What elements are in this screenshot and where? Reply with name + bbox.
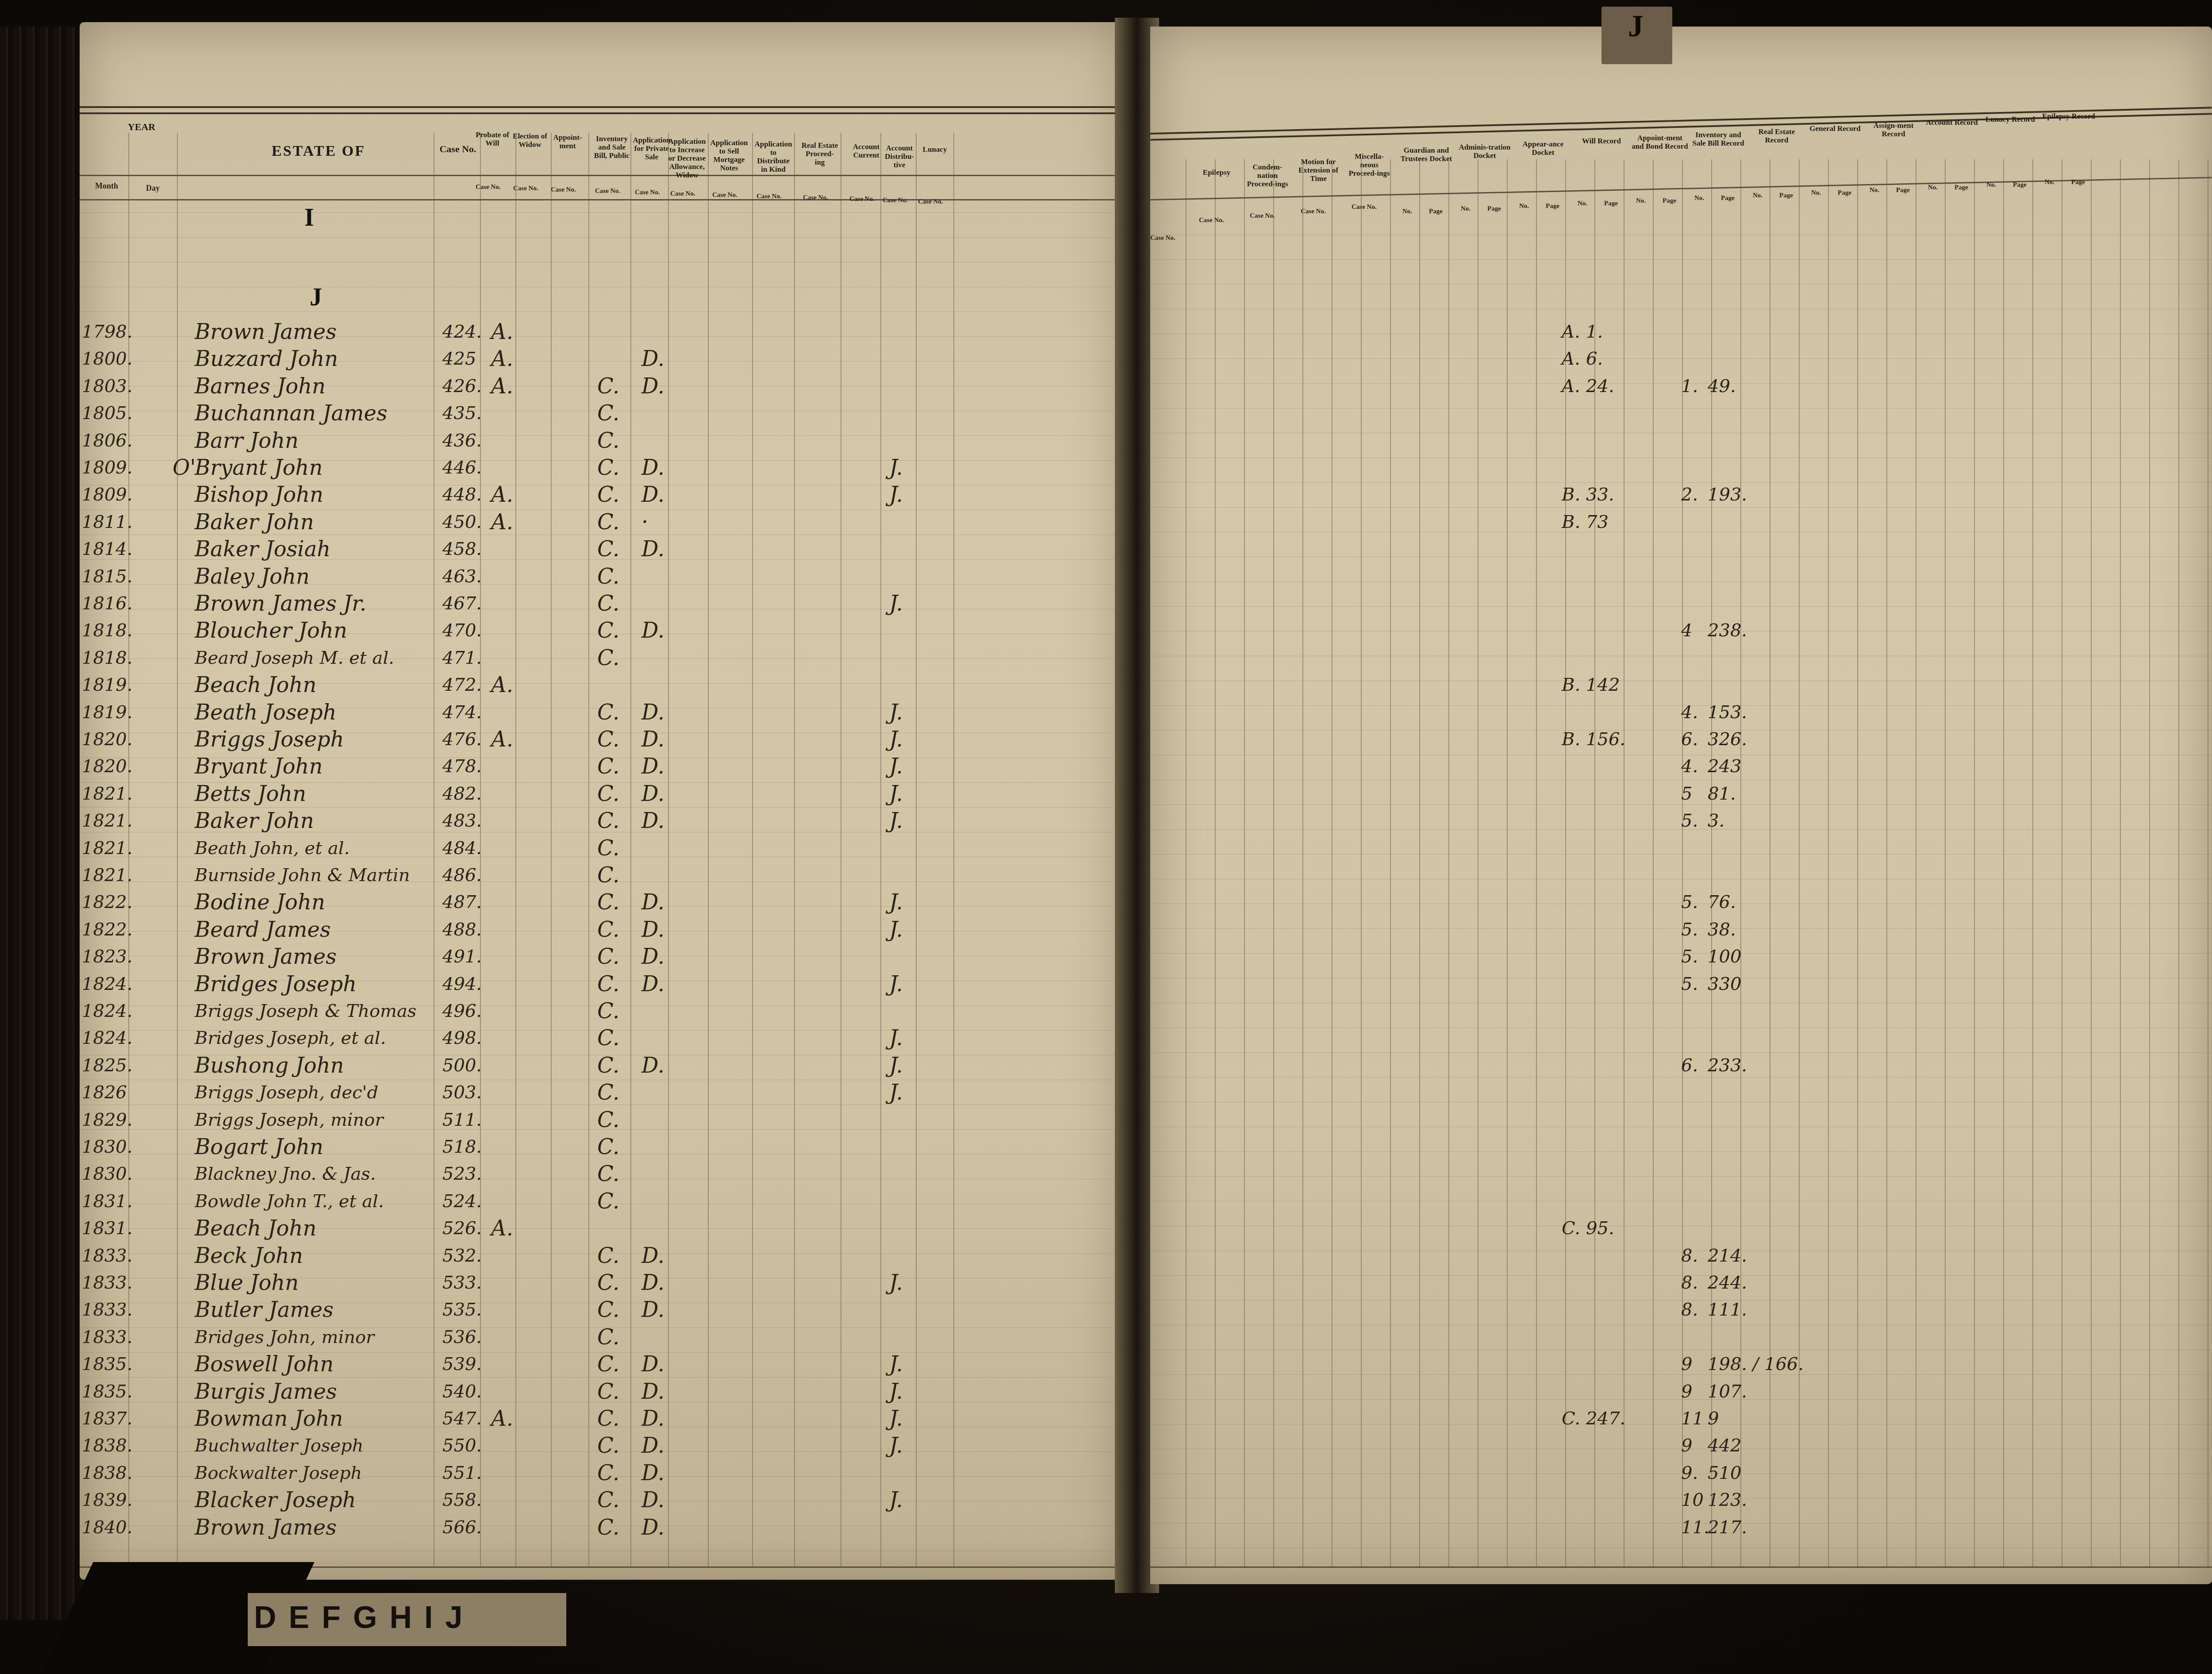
case-no-cell: 470. [442,617,482,644]
inventory-record-no: 9 [1681,1432,1692,1459]
inventory-record-page: 38. [1708,916,1736,943]
row-rule [1150,1350,2212,1350]
ledger-row[interactable]: 1814.Baker Josiah458.C.D. [80,536,1124,563]
year-cell: 1833. [82,1270,133,1296]
row-rule [1150,606,2212,607]
inventory-record-no: 4. [1681,699,1698,726]
index-tab-h[interactable]: H [389,1600,412,1635]
ledger-row[interactable]: 1821.Burnside John & Martin486.C. [80,862,1124,889]
year-cell: 1815. [82,563,133,590]
ledger-row[interactable]: 1835.Boswell John539.C.D.J. [80,1351,1124,1378]
estate-name-cell: Bridges Joseph [195,971,357,997]
case-no-cell: 476. [442,726,482,753]
case-no-cell: 436. [442,427,482,454]
case-no-cell: 458. [442,536,482,562]
appointment-cell: C. [597,835,619,862]
estate-of-header: ESTATE OF [212,146,425,157]
year-cell: 1824. [82,998,133,1024]
year-cell: 1814. [82,536,133,562]
inventory-cell: D. [641,1487,664,1513]
ledger-row[interactable]: 1833.Bridges John, minor536.C. [80,1324,1124,1351]
appointment-cell: C. [597,1270,619,1296]
column-divider [1186,159,1187,1566]
appointment-cell: C. [597,1297,619,1323]
ledger-row[interactable]: 1824.Bridges Joseph, et al.498.C.J. [80,1025,1124,1052]
no-sublabel: No. [2045,179,2055,186]
year-cell: 1820. [82,753,133,780]
appointment-cell: C. [597,971,619,997]
estate-name-cell: Bockwalter Joseph [195,1460,362,1486]
column-divider [1945,159,1946,1566]
row-rule [80,287,1124,287]
ledger-book: YEAR Month Day ESTATE OF Case No. Probat… [0,0,2212,1674]
column-header: Will Record [1573,137,1630,145]
case-no-cell: 550. [442,1432,482,1459]
column-header: Real Estate Record [1748,127,1805,144]
ledger-row[interactable]: 1821.Baker John483.C.D.J. [80,808,1124,835]
ledger-row[interactable]: 1823.Brown James491.C.D. [80,943,1124,971]
ledger-row[interactable]: 1835.Burgis James540.C.D.J. [80,1378,1124,1406]
header-bottom-rule [80,199,1124,200]
header-mid-rule [80,175,1124,176]
account-current-cell: J. [889,1405,903,1432]
year-cell: 1800. [82,346,133,372]
estate-name-cell: Bowman John [195,1405,343,1432]
ledger-row[interactable]: 1822.Bodine John487.C.D.J. [80,889,1124,916]
inventory-record-no: 6. [1681,1052,1698,1079]
case-no-cell: 540. [442,1378,482,1405]
estate-name-cell: Baker John [195,509,314,535]
appointment-cell: C. [597,1460,619,1486]
column-header: Application to Sell Mortgage Notes [710,139,748,172]
year-cell: 1826 [82,1079,127,1106]
year-cell: 1820. [82,726,133,753]
account-current-cell: J. [889,889,903,916]
inventory-cell: D. [641,971,664,997]
inventory-record-no: 4 [1681,617,1692,644]
account-current-cell: J. [889,1052,903,1079]
probate-of-will-cell: A. [491,1405,513,1432]
no-sublabel: No. [1928,184,1938,192]
appointment-cell: C. [597,590,619,617]
row-rule [80,312,1124,312]
ledger-row[interactable]: 1821.Beath John, et al.484.C. [80,835,1124,862]
estate-name-cell: Buchannan James [195,400,388,427]
inventory-record-no: 11 [1681,1405,1704,1432]
estate-name-cell: Burnside John & Martin [195,862,410,889]
year-cell: 1806. [82,427,133,454]
appointment-cell: C. [597,1025,619,1051]
column-divider [1448,159,1449,1566]
no-sublabel: No. [1578,200,1587,208]
case-no-cell: 474. [442,699,482,726]
inventory-record-page: 100 [1708,943,1741,970]
year-cell: 1819. [82,672,133,698]
row-rule [1150,358,2212,359]
ledger-row[interactable]: 1839.Blacker Joseph558.C.D.J. [80,1487,1124,1514]
year-cell: 1821. [82,862,133,889]
case-no-cell: 450. [442,509,482,535]
row-rule [1150,1176,2212,1177]
inventory-cell: D. [641,1351,664,1378]
ledger-row[interactable]: 1811.Baker John450.A.C.· [80,509,1124,536]
year-cell: 1818. [82,645,133,671]
account-current-cell: J. [889,1270,903,1296]
case-no-cell: 484. [442,835,482,862]
column-header: Real Estate Proceed-ing [801,141,839,166]
row-rule [1150,532,2212,532]
ledger-row[interactable]: 1809.O'Bryant John446.C.D.J. [80,454,1124,482]
ledger-row[interactable]: 1822.Beard James488.C.D.J. [80,916,1124,944]
inventory-record-no: 5 [1681,781,1692,807]
appointment-cell: C. [597,1188,619,1215]
column-divider [1419,159,1420,1566]
appointment-cell: C. [597,1134,619,1160]
inventory-record-page: 330 [1708,971,1741,997]
inventory-record-no: 9 [1681,1378,1692,1405]
appointment-cell: C. [597,1324,619,1351]
appointment-cell: C. [597,916,619,943]
case-no-cell: 463. [442,563,482,590]
inventory-record-page: 153. [1708,699,1747,726]
inventory-cell: D. [641,617,664,644]
ledger-row[interactable]: 1815.Baley John463.C. [80,563,1124,591]
appointment-cell: C. [597,781,619,807]
inventory-record-no: 9 [1681,1351,1692,1378]
index-tab-e[interactable]: E [289,1600,310,1635]
inventory-record-page: 3. [1708,808,1724,834]
ledger-row[interactable]: 1818.Beard Joseph M. et al.471.C. [80,645,1124,672]
estate-name-cell: Beard James [195,916,331,943]
estate-name-cell: Baker John [195,808,314,834]
estate-name-cell: Bowdle John T., et al. [195,1188,384,1215]
inventory-record-no: 5. [1681,916,1698,943]
ledger-row[interactable]: 1819.Beach John472.A. [80,672,1124,699]
column-divider [2120,159,2121,1566]
column-divider [1653,159,1654,1566]
case-no-sublabel: Case No. [635,189,660,196]
page-sublabel: Page [1955,184,1968,192]
account-current-cell: J. [889,753,903,780]
estate-name-cell: Bushong John [195,1052,344,1079]
row-rule [1150,458,2212,458]
estate-name-cell: Baley John [195,563,310,590]
ledger-row[interactable]: 1820.Bryant John478.C.D.J. [80,753,1124,781]
index-tab-j[interactable]: J [1601,7,1672,64]
inventory-record-page: 193. [1708,481,1747,508]
estate-name-cell: Boswell John [195,1351,334,1378]
no-sublabel: No. [1870,187,1879,194]
column-header: Account Distribu-tive [880,144,918,169]
estate-name-cell: Briggs Joseph, minor [195,1107,384,1133]
estate-name-cell: Brown James [195,943,337,970]
year-cell: 1809. [82,454,133,481]
column-divider [1916,159,1916,1566]
ledger-row[interactable]: 1838.Buchwalter Joseph550.C.D.J. [80,1432,1124,1460]
case-no-sublabel: Case No. [1250,212,1275,220]
account-current-cell: J. [889,454,903,481]
year-header: YEAR [119,122,164,132]
case-no-sublabel: Case No. [513,185,538,192]
ledger-row[interactable]: 1825.Bushong John500.C.D.J. [80,1052,1124,1080]
inventory-record-no: 5. [1681,943,1698,970]
will-record-page: 73 [1586,509,1609,535]
inventory-record-page: 233. [1708,1052,1747,1079]
ledger-row[interactable]: 1833.Beck John532.C.D. [80,1243,1124,1270]
no-sublabel: No. [1694,195,1704,202]
will-record-no: C. [1562,1405,1580,1432]
row-rule [1150,1127,2212,1127]
ledger-row[interactable]: 1831.Beach John526.A. [80,1215,1124,1243]
appointment-cell: C. [597,1514,619,1541]
inventory-cell: D. [641,781,664,807]
estate-name-cell: Beard Joseph M. et al. [195,645,394,671]
row-rule [1150,656,2212,656]
ledger-row[interactable]: 1798.Brown James424.A. [80,319,1124,346]
ledger-row[interactable]: 1806.Barr John436.C. [80,427,1124,455]
case-no-cell: 426. [442,373,482,400]
will-record-page: 24. [1586,373,1614,400]
inventory-cell: D. [641,699,664,726]
page-sublabel: Page [2071,179,2085,186]
year-cell: 1798. [82,319,133,345]
estate-name-cell: Briggs Joseph & Thomas [195,998,416,1024]
ledger-row[interactable]: 1833.Butler James535.C.D. [80,1297,1124,1324]
estate-name-cell: Brown James Jr. [195,590,366,617]
ledger-row[interactable]: 1816.Brown James Jr.467.C.J. [80,590,1124,618]
case-no-cell: 424. [442,319,482,345]
year-cell: 1811. [82,509,133,535]
year-cell: 1825. [82,1052,133,1079]
column-header: General Record [1807,124,1863,133]
appointment-cell: C. [597,563,619,590]
no-sublabel: No. [1753,192,1763,200]
probate-of-will-cell: A. [491,373,513,400]
inventory-cell: D. [641,373,664,400]
estate-name-cell: Burgis James [195,1378,337,1405]
ledger-row[interactable]: 1826Briggs Joseph, dec'd503.C.J. [80,1079,1124,1107]
row-rule [1150,879,2212,879]
column-header: Application for Private Sale [633,136,671,161]
page-sublabel: Page [1604,200,1618,208]
ledger-row[interactable]: 1824.Bridges Joseph494.C.D.J. [80,971,1124,998]
row-rule [1150,557,2212,557]
year-cell: 1831. [82,1188,133,1215]
case-no-sublabel: Case No. [1199,217,1224,224]
column-divider [2091,159,2092,1566]
no-sublabel: No. [1402,208,1412,216]
column-header: Appoint-ment and Bond Record [1632,134,1688,150]
case-no-cell: 566. [442,1514,482,1541]
inventory-cell: D. [641,1270,664,1296]
appointment-cell: C. [597,536,619,562]
case-no-cell: 478. [442,753,482,780]
appointment-cell: C. [597,509,619,535]
will-record-page: 247. [1586,1405,1625,1432]
left-page: YEAR Month Day ESTATE OF Case No. Probat… [80,22,1124,1580]
no-sublabel: No. [1461,205,1471,213]
column-header: Appear-ance Docket [1515,140,1571,157]
case-no-sublabel: Case No. [1301,208,1326,216]
case-no-cell: 518. [442,1134,482,1160]
appointment-cell: C. [597,481,619,508]
account-current-cell: J. [889,1378,903,1405]
ledger-row[interactable]: 1838.Bockwalter Joseph551.C.D. [80,1460,1124,1487]
estate-name-cell: Bogart John [195,1134,323,1160]
index-tab-f[interactable]: F [322,1600,341,1635]
inventory-record-page: 9 [1708,1405,1719,1432]
ledger-row[interactable]: 1830.Blackney Jno. & Jas.523.C. [80,1161,1124,1188]
ledger-row[interactable]: 1829.Briggs Joseph, minor511.C. [80,1107,1124,1134]
estate-name-cell: Blue John [195,1270,299,1296]
index-tab-g[interactable]: G [353,1600,377,1635]
case-no-cell: 488. [442,916,482,943]
row-rule [1150,1102,2212,1102]
estate-name-cell: Buchwalter Joseph [195,1432,363,1459]
case-no-sublabel: Case No. [803,194,828,202]
section-letter-i: I [304,204,314,232]
case-no-sublabel: Case No. [757,193,782,200]
inventory-record-page: 243 [1708,753,1741,780]
page-sublabel: Page [1779,192,1793,200]
index-tab-d[interactable]: D [254,1600,276,1635]
case-no-cell: 425 [442,346,476,372]
ledger-row[interactable]: 1821.Betts John482.C.D.J. [80,781,1124,808]
estate-name-cell: Beck John [195,1243,303,1269]
page-sublabel: Page [1721,195,1735,202]
inventory-cell: D. [641,753,664,780]
account-current-cell: J. [889,1079,903,1106]
account-current-cell: J. [889,699,903,726]
year-cell: 1839. [82,1487,133,1513]
estate-name-cell: Betts John [195,781,306,807]
column-header: Inventory and Sale Bill, Public [593,135,631,160]
case-no-sublabel: Case No. [918,198,943,206]
ledger-row[interactable]: 1824.Briggs Joseph & Thomas496.C. [80,998,1124,1025]
case-no-sublabel: Case No. [551,186,576,194]
case-no-cell: 523. [442,1161,482,1187]
appointment-cell: C. [597,427,619,454]
ledger-row[interactable]: 1820.Briggs Joseph476.A.C.D.J. [80,726,1124,754]
will-record-no: A. [1562,319,1580,345]
inventory-record-page: 49. [1708,373,1736,400]
ledger-row[interactable]: 1805.Buchannan James435.C. [80,400,1124,427]
ledger-row[interactable]: 1837.Bowman John547.A.C.D.J. [80,1405,1124,1433]
inventory-record-no: 11. [1681,1514,1709,1541]
ledger-row[interactable]: 1819.Beath Joseph474.C.D.J. [80,699,1124,727]
column-divider [2003,159,2004,1566]
column-divider [1273,159,1274,1566]
estate-name-cell: Barr John [195,427,299,454]
column-header: Election of Widow [511,132,549,149]
appointment-cell: C. [597,1107,619,1133]
case-no-cell: 482. [442,781,482,807]
row-rule [1150,235,2212,235]
will-record-page: 1. [1586,319,1603,345]
year-cell: 1822. [82,916,133,943]
ledger-row[interactable]: 1800.Buzzard John425A.D. [80,346,1124,373]
ledger-row[interactable]: 1833.Blue John533.C.D.J. [80,1270,1124,1297]
inventory-cell: D. [641,1052,664,1079]
ledger-row[interactable]: 1840.Brown James566.C.D. [80,1514,1124,1542]
inventory-cell: D. [641,1297,664,1323]
column-header: Probate of Will [473,131,511,147]
column-divider [1886,159,1887,1566]
case-no-cell: 532. [442,1243,482,1269]
column-header: Guardian and Trustees Docket [1398,146,1455,163]
column-divider [2149,159,2150,1566]
inventory-cell: D. [641,1405,664,1432]
case-no-cell: 539. [442,1351,482,1378]
ledger-row[interactable]: 1830.Bogart John518.C. [80,1134,1124,1161]
no-sublabel: No. [1811,189,1821,197]
inventory-record-page: 244. [1708,1270,1747,1296]
index-tab-j[interactable]: J [445,1600,463,1635]
account-current-cell: J. [889,1432,903,1459]
case-no-cell: 483. [442,808,482,834]
inventory-record-page: 198. / 166. [1708,1351,1804,1378]
case-no-cell: 533. [442,1270,482,1296]
year-cell: 1823. [82,943,133,970]
ledger-row[interactable]: 1818.Bloucher John470.C.D. [80,617,1124,645]
ledger-row[interactable]: 1831.Bowdle John T., et al.524.C. [80,1188,1124,1216]
day-header: Day [146,184,160,193]
inventory-cell: D. [641,536,664,562]
name-prefix: O' [173,454,196,481]
index-tab-i[interactable]: I [424,1600,433,1635]
year-cell: 1837. [82,1405,133,1432]
year-cell: 1835. [82,1351,133,1378]
ledger-row[interactable]: 1809.Bishop John448.A.C.D.J. [80,481,1124,509]
column-header: Epilepsy [1194,168,1239,177]
row-rule [1150,1151,2212,1152]
estate-name-cell: Bodine John [195,889,325,916]
case-no-cell: 500. [442,1052,482,1079]
column-divider [2208,159,2208,1566]
account-current-cell: J. [889,481,903,508]
year-cell: 1835. [82,1378,133,1405]
inventory-record-page: 111. [1708,1297,1747,1323]
year-cell: 1824. [82,1025,133,1051]
inventory-record-no: 8. [1681,1297,1698,1323]
will-record-page: 95. [1586,1215,1614,1242]
appointment-cell: C. [597,1243,619,1269]
probate-of-will-cell: A. [491,672,513,698]
year-cell: 1838. [82,1460,133,1486]
case-no-cell: 551. [442,1460,482,1486]
inventory-record-page: 214. [1708,1243,1747,1269]
year-cell: 1803. [82,373,133,400]
right-page: EpilepsyCase No.Condem-nation Proceed-in… [1150,27,2212,1584]
inventory-record-no: 1. [1681,373,1698,400]
year-cell: 1822. [82,889,133,916]
appointment-cell: C. [597,1487,619,1513]
inventory-record-no: 4. [1681,753,1698,780]
year-cell: 1821. [82,835,133,862]
account-current-cell: J. [889,971,903,997]
year-cell: 1833. [82,1243,133,1269]
estate-name-cell: Bridges John, minor [195,1324,374,1351]
column-header: Assign-ment Record [1865,121,1922,138]
inventory-cell: D. [641,481,664,508]
ledger-row[interactable]: 1803.Barnes John426.A.C.D. [80,373,1124,400]
case-no-cell: 536. [442,1324,482,1351]
row-rule [1150,1548,2212,1548]
case-no-cell: 524. [442,1188,482,1215]
inventory-record-no: 10 [1681,1487,1704,1513]
appointment-cell: C. [597,998,619,1024]
year-cell: 1805. [82,400,133,427]
